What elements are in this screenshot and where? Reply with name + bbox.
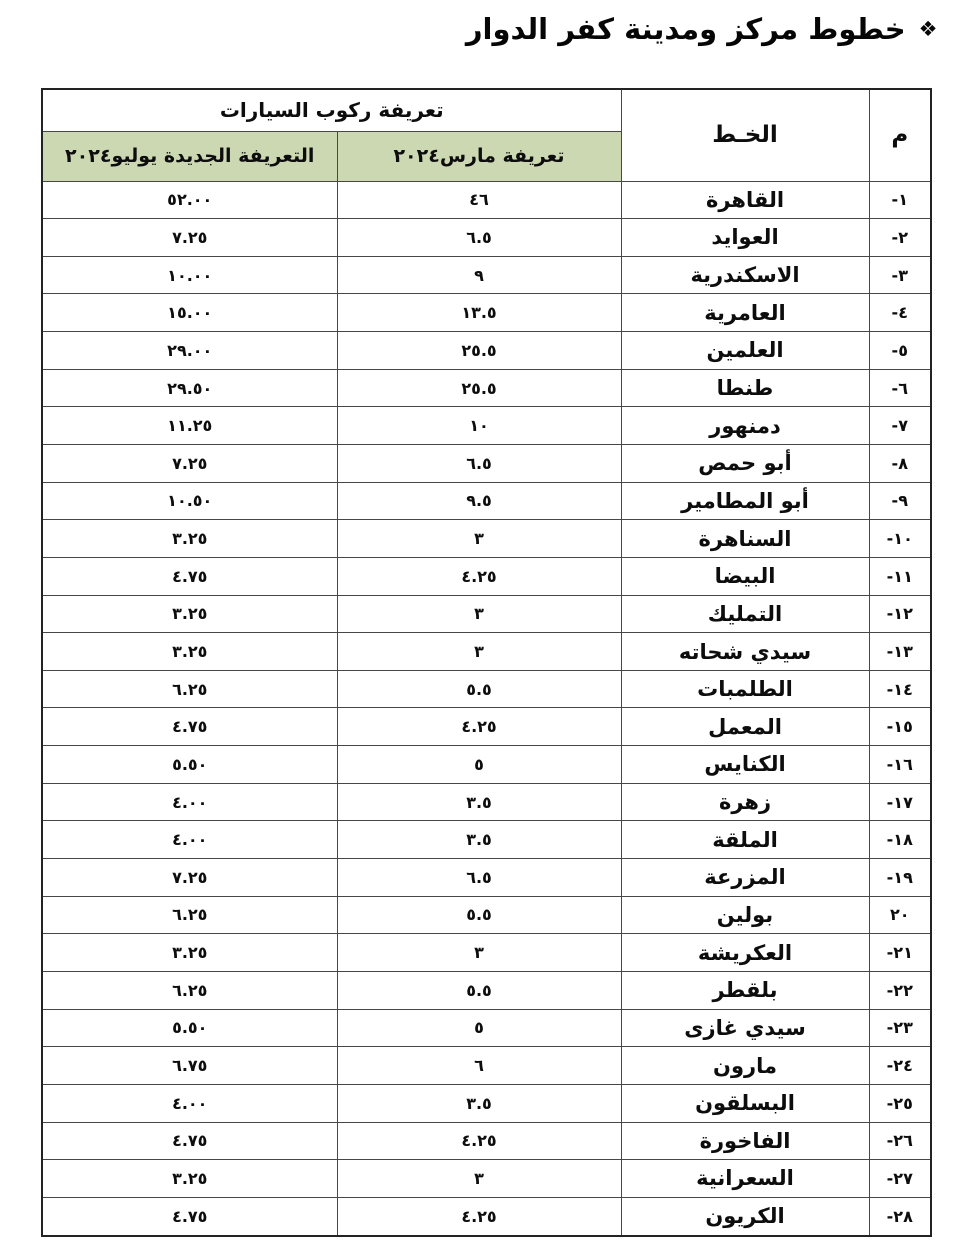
march-tariff-cell: ٦ [337,1047,621,1085]
march-tariff-cell: ٩ [337,256,621,294]
row-number-cell: -٢٣ [869,1009,931,1047]
march-tariff-cell: ١٣.٥ [337,294,621,332]
fare-table-row: -٢١ العكريشة ٣ ٣.٢٥ [42,934,931,972]
march-tariff-cell: ٤.٢٥ [337,557,621,595]
july-tariff-cell: ٤.٧٥ [42,1197,337,1236]
line-name-cell: بولين [621,896,869,934]
line-name-cell: العلمين [621,332,869,370]
july-tariff-cell: ٣.٢٥ [42,520,337,558]
march-tariff-cell: ٦.٥ [337,219,621,257]
fare-table-row: -٦ طنطا ٢٥.٥ ٢٩.٥٠ [42,369,931,407]
march-tariff-cell: ٦.٥ [337,444,621,482]
header-march-2024-tariff: تعريفة مارس٢٠٢٤ [337,131,621,181]
row-number-cell: -٢٨ [869,1197,931,1236]
line-name-cell: العامرية [621,294,869,332]
july-tariff-cell: ١٥.٠٠ [42,294,337,332]
row-number-cell: -٤ [869,294,931,332]
line-name-cell: الكريون [621,1197,869,1236]
header-number-column: م [869,89,931,181]
fare-table-row: -٩ أبو المطامير ٩.٥ ١٠.٥٠ [42,482,931,520]
july-tariff-cell: ٧.٢٥ [42,444,337,482]
line-name-cell: الطلمبات [621,670,869,708]
row-number-cell: -١٩ [869,859,931,897]
row-number-cell: -١٥ [869,708,931,746]
july-tariff-cell: ١٠.٥٠ [42,482,337,520]
line-name-cell: العكريشة [621,934,869,972]
header-new-july-2024-tariff: التعريفة الجديدة يوليو٢٠٢٤ [42,131,337,181]
march-tariff-cell: ٥ [337,746,621,784]
document-page: ❖خطوط مركز ومدينة كفر الدوار م الخـط تعر… [0,0,972,1245]
july-tariff-cell: ٣.٢٥ [42,1160,337,1198]
july-tariff-cell: ٦.٢٥ [42,971,337,1009]
july-tariff-cell: ٦.٧٥ [42,1047,337,1085]
july-tariff-cell: ٤.٧٥ [42,1122,337,1160]
march-tariff-cell: ٥.٥ [337,896,621,934]
fare-table-row: -٤ العامرية ١٣.٥ ١٥.٠٠ [42,294,931,332]
row-number-cell: -١١ [869,557,931,595]
july-tariff-cell: ٤.٧٥ [42,708,337,746]
july-tariff-cell: ٣.٢٥ [42,633,337,671]
fare-table-row: -٢٣ سيدي غازى ٥ ٥.٥٠ [42,1009,931,1047]
page-title: ❖خطوط مركز ومدينة كفر الدوار [466,12,938,46]
march-tariff-cell: ٩.٥ [337,482,621,520]
row-number-cell: -٢٤ [869,1047,931,1085]
row-number-cell: -٢١ [869,934,931,972]
july-tariff-cell: ٦.٢٥ [42,670,337,708]
line-name-cell: طنطا [621,369,869,407]
line-name-cell: سيدي غازى [621,1009,869,1047]
march-tariff-cell: ٥ [337,1009,621,1047]
july-tariff-cell: ٣.٢٥ [42,934,337,972]
fare-table-body: -١ القاهرة ٤٦ ٥٢.٠٠ -٢ العوايد ٦.٥ ٧.٢٥ … [42,181,931,1236]
march-tariff-cell: ٣ [337,934,621,972]
march-tariff-cell: ٤٦ [337,181,621,219]
july-tariff-cell: ٤.٧٥ [42,557,337,595]
header-line-column: الخـط [621,89,869,181]
line-name-cell: أبو المطامير [621,482,869,520]
row-number-cell: -٥ [869,332,931,370]
july-tariff-cell: ١٠.٠٠ [42,256,337,294]
line-name-cell: بلقطر [621,971,869,1009]
row-number-cell: -٧ [869,407,931,445]
july-tariff-cell: ٢٩.٠٠ [42,332,337,370]
line-name-cell: السناهرة [621,520,869,558]
fare-table-row: -٥ العلمين ٢٥.٥ ٢٩.٠٠ [42,332,931,370]
line-name-cell: المعمل [621,708,869,746]
row-number-cell: -٢٧ [869,1160,931,1198]
fare-table-row: -٢ العوايد ٦.٥ ٧.٢٥ [42,219,931,257]
line-name-cell: المزرعة [621,859,869,897]
line-name-cell: الملقة [621,821,869,859]
fare-table-row: -١٣ سيدي شحاته ٣ ٣.٢٥ [42,633,931,671]
row-number-cell: -١٧ [869,783,931,821]
line-name-cell: زهرة [621,783,869,821]
line-name-cell: الفاخورة [621,1122,869,1160]
fare-table-row: -٢٤ مارون ٦ ٦.٧٥ [42,1047,931,1085]
row-number-cell: -١٤ [869,670,931,708]
fare-table-row: -٢٢ بلقطر ٥.٥ ٦.٢٥ [42,971,931,1009]
july-tariff-cell: ١١.٢٥ [42,407,337,445]
diamond-bullet-icon: ❖ [919,17,938,41]
march-tariff-cell: ٣ [337,520,621,558]
row-number-cell: -١٨ [869,821,931,859]
july-tariff-cell: ٧.٢٥ [42,219,337,257]
row-number-cell: -١٦ [869,746,931,784]
line-name-cell: العوايد [621,219,869,257]
page-title-text: خطوط مركز ومدينة كفر الدوار [466,12,906,46]
row-number-cell: -٢٢ [869,971,931,1009]
line-name-cell: البيضا [621,557,869,595]
march-tariff-cell: ٢٥.٥ [337,369,621,407]
row-number-cell: -١٣ [869,633,931,671]
fare-table-row: -٧ دمنهور ١٠ ١١.٢٥ [42,407,931,445]
fare-table-row: -١٢ التمليك ٣ ٣.٢٥ [42,595,931,633]
march-tariff-cell: ٣ [337,633,621,671]
july-tariff-cell: ٥٢.٠٠ [42,181,337,219]
fare-table-row: -١٥ المعمل ٤.٢٥ ٤.٧٥ [42,708,931,746]
july-tariff-cell: ٤.٠٠ [42,783,337,821]
march-tariff-cell: ٤.٢٥ [337,1122,621,1160]
header-fare-group: تعريفة ركوب السيارات [42,89,621,131]
july-tariff-cell: ٦.٢٥ [42,896,337,934]
line-name-cell: القاهرة [621,181,869,219]
row-number-cell: ٢٠ [869,896,931,934]
fare-table-row: -١٤ الطلمبات ٥.٥ ٦.٢٥ [42,670,931,708]
fare-table-row: ٢٠ بولين ٥.٥ ٦.٢٥ [42,896,931,934]
row-number-cell: -٨ [869,444,931,482]
fare-table-row: -١٨ الملقة ٣.٥ ٤.٠٠ [42,821,931,859]
march-tariff-cell: ٣ [337,595,621,633]
march-tariff-cell: ٣ [337,1160,621,1198]
march-tariff-cell: ٣.٥ [337,783,621,821]
fare-table-row: -٢٧ السعرانية ٣ ٣.٢٥ [42,1160,931,1198]
line-name-cell: دمنهور [621,407,869,445]
row-number-cell: -١٠ [869,520,931,558]
row-number-cell: -٢٥ [869,1084,931,1122]
fare-table-row: -١١ البيضا ٤.٢٥ ٤.٧٥ [42,557,931,595]
march-tariff-cell: ٣.٥ [337,1084,621,1122]
fare-table-row: -١٦ الكنايس ٥ ٥.٥٠ [42,746,931,784]
line-name-cell: البسلقون [621,1084,869,1122]
fare-table-row: -١ القاهرة ٤٦ ٥٢.٠٠ [42,181,931,219]
line-name-cell: مارون [621,1047,869,1085]
fare-table-row: -١٠ السناهرة ٣ ٣.٢٥ [42,520,931,558]
row-number-cell: -٣ [869,256,931,294]
row-number-cell: -٢ [869,219,931,257]
row-number-cell: -١ [869,181,931,219]
row-number-cell: -٢٦ [869,1122,931,1160]
july-tariff-cell: ٥.٥٠ [42,1009,337,1047]
fare-table-row: -٨ أبو حمص ٦.٥ ٧.٢٥ [42,444,931,482]
july-tariff-cell: ٤.٠٠ [42,821,337,859]
row-number-cell: -٩ [869,482,931,520]
july-tariff-cell: ٤.٠٠ [42,1084,337,1122]
july-tariff-cell: ٧.٢٥ [42,859,337,897]
march-tariff-cell: ٥.٥ [337,971,621,1009]
fare-table: م الخـط تعريفة ركوب السيارات تعريفة مارس… [41,88,932,1237]
march-tariff-cell: ٢٥.٥ [337,332,621,370]
line-name-cell: أبو حمص [621,444,869,482]
fare-table-row: -٣ الاسكندرية ٩ ١٠.٠٠ [42,256,931,294]
row-number-cell: -٦ [869,369,931,407]
row-number-cell: -١٢ [869,595,931,633]
july-tariff-cell: ٣.٢٥ [42,595,337,633]
july-tariff-cell: ٢٩.٥٠ [42,369,337,407]
line-name-cell: الاسكندرية [621,256,869,294]
line-name-cell: الكنايس [621,746,869,784]
march-tariff-cell: ٣.٥ [337,821,621,859]
fare-table-header: م الخـط تعريفة ركوب السيارات تعريفة مارس… [42,89,931,181]
fare-table-row: -٢٨ الكريون ٤.٢٥ ٤.٧٥ [42,1197,931,1236]
fare-table-row: -٢٥ البسلقون ٣.٥ ٤.٠٠ [42,1084,931,1122]
fare-table-row: -١٧ زهرة ٣.٥ ٤.٠٠ [42,783,931,821]
march-tariff-cell: ٤.٢٥ [337,1197,621,1236]
line-name-cell: التمليك [621,595,869,633]
line-name-cell: سيدي شحاته [621,633,869,671]
march-tariff-cell: ٤.٢٥ [337,708,621,746]
fare-table-row: -٢٦ الفاخورة ٤.٢٥ ٤.٧٥ [42,1122,931,1160]
line-name-cell: السعرانية [621,1160,869,1198]
july-tariff-cell: ٥.٥٠ [42,746,337,784]
fare-table-row: -١٩ المزرعة ٦.٥ ٧.٢٥ [42,859,931,897]
march-tariff-cell: ٥.٥ [337,670,621,708]
march-tariff-cell: ٦.٥ [337,859,621,897]
march-tariff-cell: ١٠ [337,407,621,445]
